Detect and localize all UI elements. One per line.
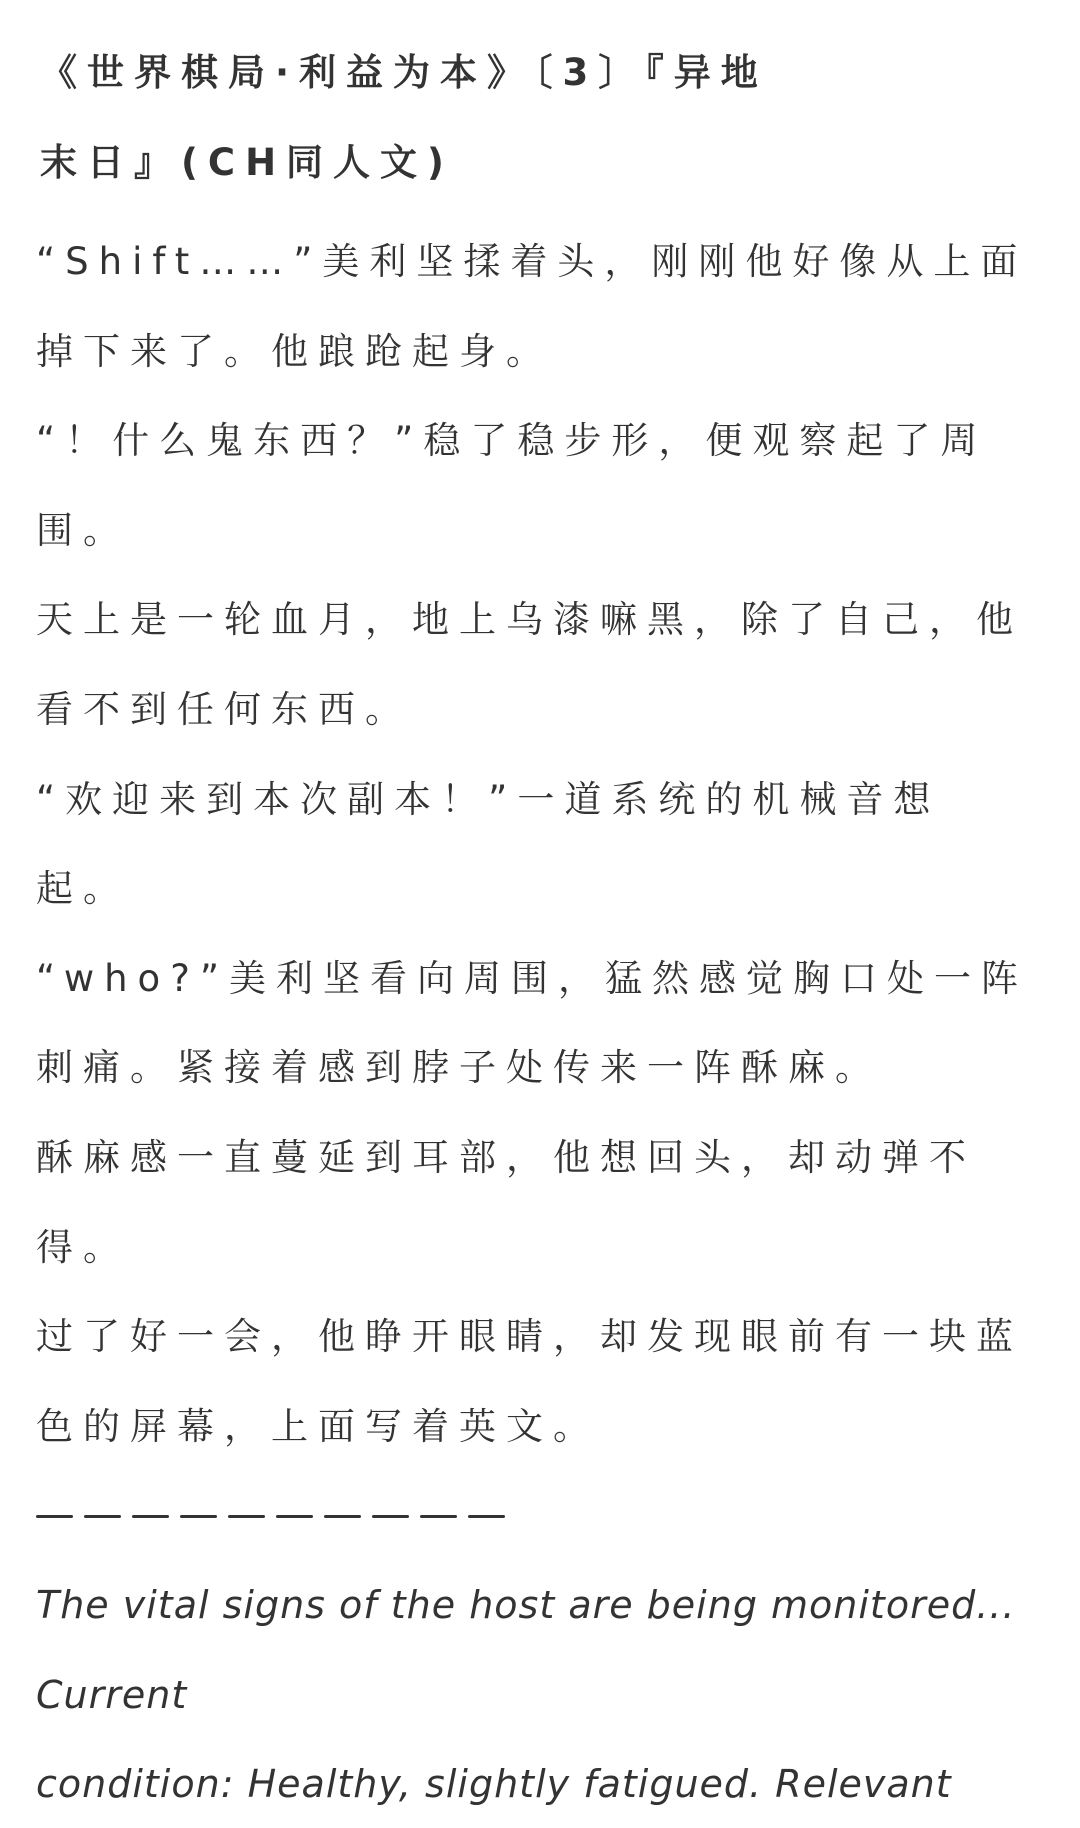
paragraph-line: “欢迎来到本次副本！”一道系统的机械音想 (36, 755, 1046, 845)
paragraph-1: “Shift……”美利坚揉着头，刚刚他好像从上面 掉下来了。他踉跄起身。 (36, 217, 1046, 396)
paragraph-2: “！什么鬼东西？”稳了稳步形，便观察起了周 围。 (36, 396, 1046, 575)
paragraph-line: 色的屏幕，上面写着英文。 (36, 1382, 1046, 1472)
paragraph-line: 围。 (36, 486, 1046, 576)
paragraph-line: “Shift……”美利坚揉着头，刚刚他好像从上面 (36, 217, 1046, 307)
paragraph-line: 掉下来了。他踉跄起身。 (36, 307, 1046, 397)
separator-dash (36, 1515, 73, 1518)
paragraph-6: 酥麻感一直蔓延到耳部，他想回头，却动弹不 得。 (36, 1113, 1046, 1292)
separator-dash (468, 1515, 505, 1518)
paragraph-7: 过了好一会，他睁开眼睛，却发现眼前有一块蓝 色的屏幕，上面写着英文。 (36, 1292, 1046, 1471)
paragraph-line: 看不到任何东西。 (36, 665, 1046, 755)
paragraph-line: 刺痛。紧接着感到脖子处传来一阵酥麻。 (36, 1023, 1046, 1113)
separator-dash (372, 1515, 409, 1518)
paragraph-line: 酥麻感一直蔓延到耳部，他想回头，却动弹不 (36, 1113, 1046, 1203)
english-line: Current (36, 1651, 1046, 1741)
separator-dash (420, 1515, 457, 1518)
separator-dash (180, 1515, 217, 1518)
title-line-1: 《世界棋局·利益为本》〔3〕『异地 (40, 28, 1050, 118)
paragraph-3: 天上是一轮血月，地上乌漆嘛黑，除了自己，他 看不到任何东西。 (36, 575, 1046, 754)
separator-dash (228, 1515, 265, 1518)
paragraph-line: “！什么鬼东西？”稳了稳步形，便观察起了周 (36, 396, 1046, 486)
separator-dash (132, 1515, 169, 1518)
paragraph-5: “who?”美利坚看向周围，猛然感觉胸口处一阵 刺痛。紧接着感到脖子处传来一阵酥… (36, 934, 1046, 1113)
title-line-2: 末日』(CH同人文) (40, 118, 1050, 208)
paragraph-line: “who?”美利坚看向周围，猛然感觉胸口处一阵 (36, 934, 1046, 1024)
english-line: The vital signs of the host are being mo… (36, 1561, 1046, 1651)
separator-dash (84, 1515, 121, 1518)
paragraph-line: 过了好一会，他睁开眼睛，却发现眼前有一块蓝 (36, 1292, 1046, 1382)
english-line: condition: Healthy, slightly fatigued. R… (36, 1740, 1046, 1828)
separator-dash (324, 1515, 361, 1518)
paragraph-line: 得。 (36, 1203, 1046, 1293)
paragraph-line: 天上是一轮血月，地上乌漆嘛黑，除了自己，他 (36, 575, 1046, 665)
paragraph-line: 起。 (36, 844, 1046, 934)
paragraph-4: “欢迎来到本次副本！”一道系统的机械音想 起。 (36, 755, 1046, 934)
system-screen-text: The vital signs of the host are being mo… (36, 1561, 1046, 1828)
separator-dash (276, 1515, 313, 1518)
section-separator (36, 1471, 1046, 1561)
article-body: “Shift……”美利坚揉着头，刚刚他好像从上面 掉下来了。他踉跄起身。 “！什… (36, 217, 1046, 1828)
article-title: 《世界棋局·利益为本》〔3〕『异地 末日』(CH同人文) (40, 28, 1050, 207)
